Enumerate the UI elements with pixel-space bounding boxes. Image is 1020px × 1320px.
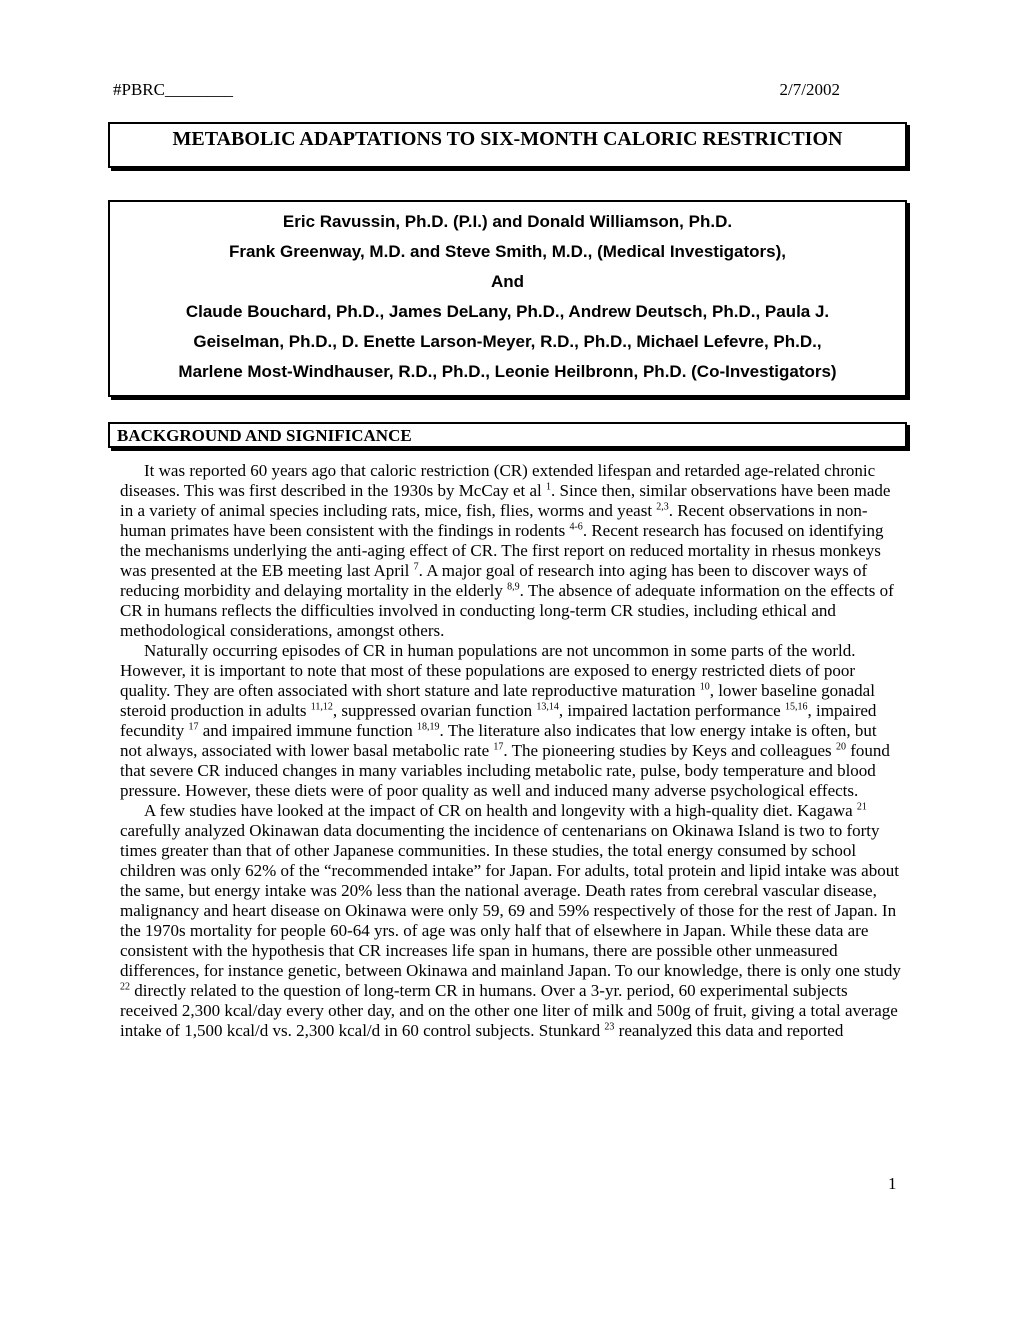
title-box: METABOLIC ADAPTATIONS TO SIX-MONTH CALOR…: [108, 122, 907, 168]
superscript-reference: 13,14: [536, 701, 559, 712]
form-number-label: #PBRC________: [113, 80, 233, 100]
superscript-reference: 21: [857, 801, 867, 812]
section-heading: BACKGROUND AND SIGNIFICANCE: [117, 426, 412, 445]
authors-box: Eric Ravussin, Ph.D. (P.I.) and Donald W…: [108, 200, 907, 397]
superscript-reference: 2,3: [656, 501, 669, 512]
body-paragraphs: It was reported 60 years ago that calori…: [120, 461, 902, 1041]
paragraph: A few studies have looked at the impact …: [120, 801, 902, 1041]
superscript-reference: 8,9: [507, 581, 520, 592]
superscript-reference: 10: [700, 681, 710, 692]
paragraph: Naturally occurring episodes of CR in hu…: [120, 641, 902, 801]
document-title: METABOLIC ADAPTATIONS TO SIX-MONTH CALOR…: [110, 127, 905, 151]
author-line: Frank Greenway, M.D. and Steve Smith, M.…: [120, 237, 895, 267]
section-heading-box: BACKGROUND AND SIGNIFICANCE: [108, 422, 907, 448]
superscript-reference: 23: [604, 1021, 614, 1032]
paragraph: It was reported 60 years ago that calori…: [120, 461, 902, 641]
superscript-reference: 22: [120, 981, 130, 992]
author-line: Geiselman, Ph.D., D. Enette Larson-Meyer…: [120, 327, 895, 357]
document-page: #PBRC________ 2/7/2002 METABOLIC ADAPTAT…: [0, 0, 1020, 1320]
superscript-reference: 1: [546, 481, 551, 492]
author-line: And: [120, 267, 895, 297]
superscript-reference: 17: [188, 721, 198, 732]
superscript-reference: 17: [493, 741, 503, 752]
author-line: Eric Ravussin, Ph.D. (P.I.) and Donald W…: [120, 207, 895, 237]
superscript-reference: 15,16: [785, 701, 808, 712]
superscript-reference: 4-6: [569, 521, 582, 532]
superscript-reference: 7: [414, 561, 419, 572]
author-line: Marlene Most-Windhauser, R.D., Ph.D., Le…: [120, 357, 895, 387]
page-number: 1: [888, 1174, 897, 1194]
superscript-reference: 20: [836, 741, 846, 752]
superscript-reference: 11,12: [311, 701, 333, 712]
author-line: Claude Bouchard, Ph.D., James DeLany, Ph…: [120, 297, 895, 327]
superscript-reference: 18,19: [417, 721, 440, 732]
header-date: 2/7/2002: [780, 80, 840, 100]
page-header: #PBRC________ 2/7/2002: [113, 80, 900, 100]
